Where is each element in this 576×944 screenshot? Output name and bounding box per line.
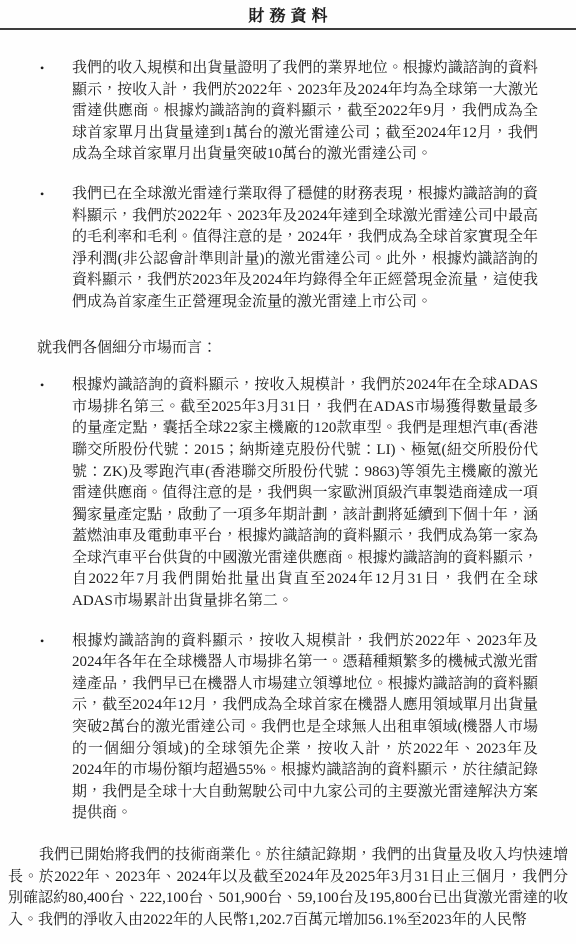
document-content: • 我們的收入規模和出貨量證明了我們的業界地位。根據灼識諮詢的資料顯示，按收入計… xyxy=(0,30,576,931)
bullet-item-financial-performance: • 我們已在全球激光雷達行業取得了穩健的財務表現，根據灼識諮詢的資料顯示，我們於… xyxy=(40,184,538,314)
bullet-text-market-position: 我們的收入規模和出貨量證明了我們的業界地位。根據灼識諮詢的資料顯示，按收入計，我… xyxy=(72,58,538,166)
bullet-text-financial-performance: 我們已在全球激光雷達行業取得了穩健的財務表現，根據灼識諮詢的資料顯示，我們於20… xyxy=(72,184,538,314)
bullet-icon: • xyxy=(40,58,72,166)
bullet-item-robotics-market: • 根據灼識諮詢的資料顯示，按收入規模計，我們於2022年、2023年及2024… xyxy=(40,631,538,825)
page-header: 財務資料 xyxy=(0,0,576,26)
segment-intro-line: 就我們各個細分市場而言： xyxy=(37,338,538,360)
bullet-icon: • xyxy=(40,184,72,314)
bullet-icon: • xyxy=(40,375,72,613)
bullet-text-adas-market: 根據灼識諮詢的資料顯示，按收入規模計，我們於2024年在全球ADAS市場排名第三… xyxy=(72,375,538,613)
prospectus-page: 財務資料 • 我們的收入規模和出貨量證明了我們的業界地位。根據灼識諮詢的資料顯示… xyxy=(0,0,576,944)
page-title: 財務資料 xyxy=(0,7,576,26)
bullet-text-robotics-market: 根據灼識諮詢的資料顯示，按收入規模計，我們於2022年、2023年及2024年各… xyxy=(72,631,538,825)
bullet-item-adas-market: • 根據灼識諮詢的資料顯示，按收入規模計，我們於2024年在全球ADAS市場排名… xyxy=(40,375,538,613)
closing-paragraph: 我們已開始將我們的技術商業化。於往績記錄期，我們的出貨量及收入均快速增長。於20… xyxy=(8,845,568,931)
bullet-item-market-position: • 我們的收入規模和出貨量證明了我們的業界地位。根據灼識諮詢的資料顯示，按收入計… xyxy=(40,58,538,166)
bullet-icon: • xyxy=(40,631,72,825)
